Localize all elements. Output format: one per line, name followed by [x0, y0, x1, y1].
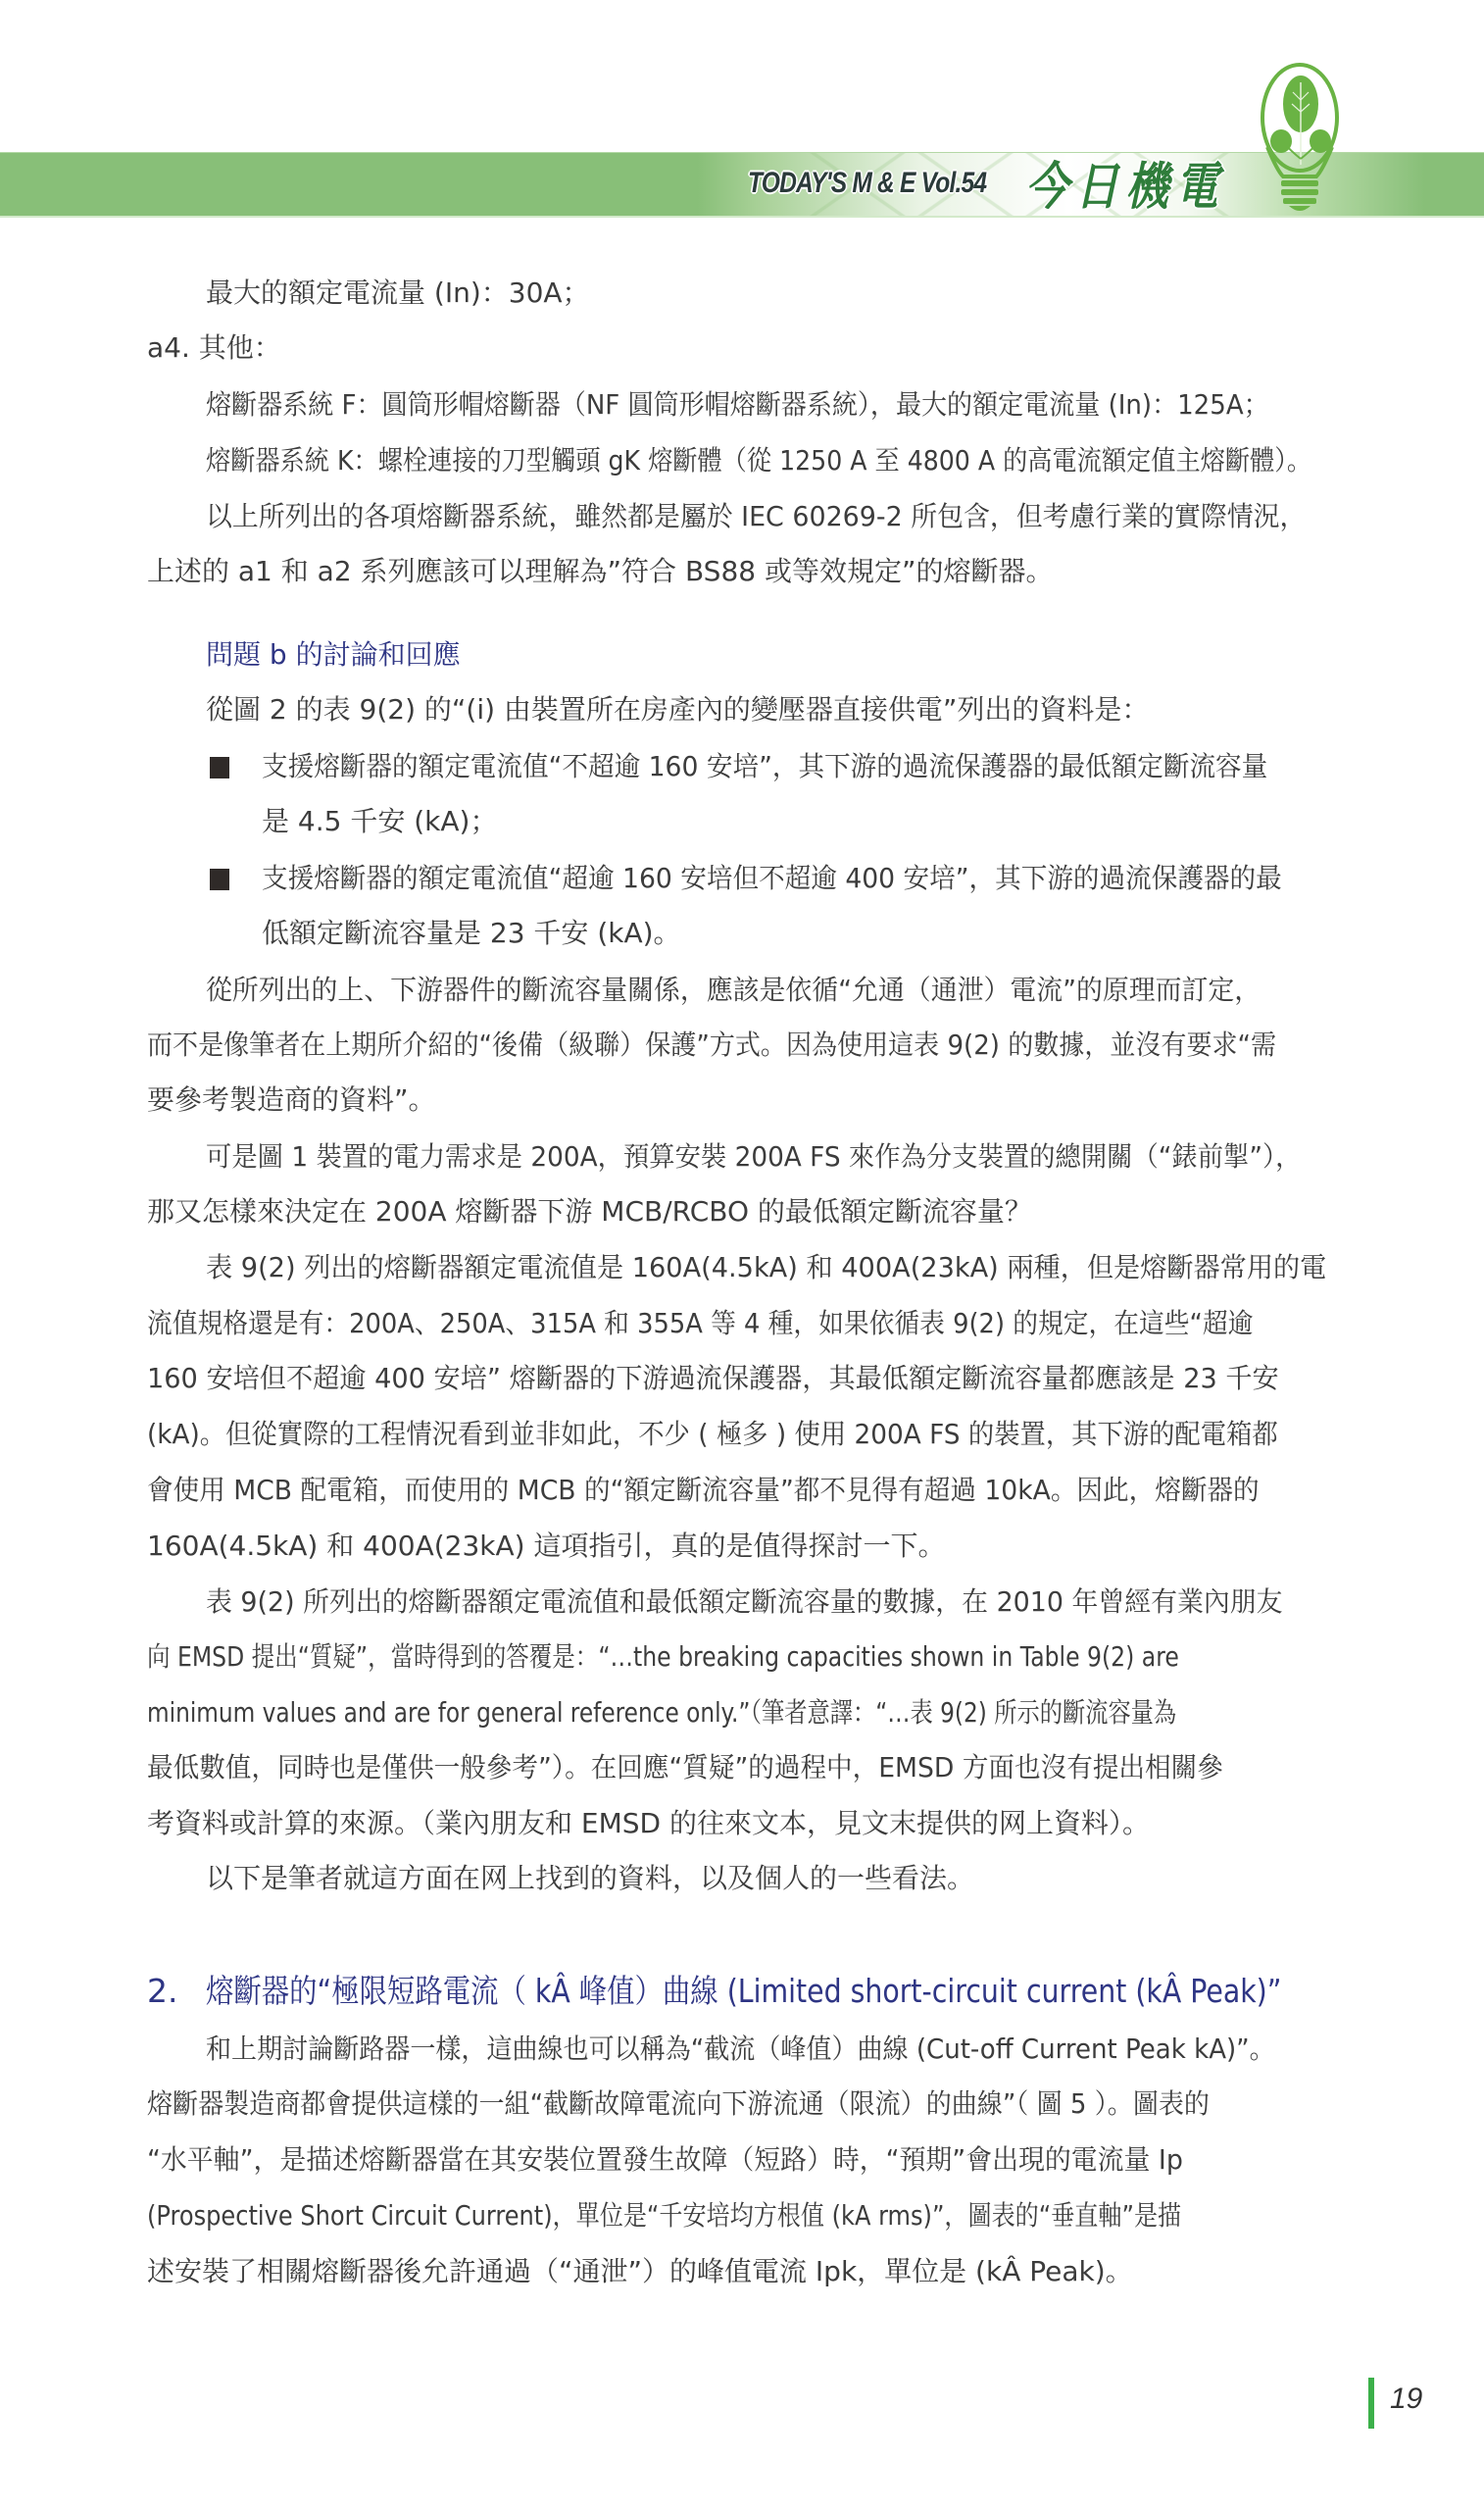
text-line: (kA)。但從實際的工程情況看到並非如此，不少 ( 極多 ) 使用 200A F…: [147, 1415, 1278, 1454]
text-line: 160A(4.5kA) 和 400A(23kA) 這項指引，真的是值得探討一下。: [147, 1527, 946, 1566]
page-number: 19: [1390, 2383, 1422, 2416]
text-line: minimum values and are for general refer…: [147, 1693, 1176, 1732]
text-line: 向 EMSD 提出“質疑”，當時得到的答覆是：“…the breaking ca…: [147, 1637, 1179, 1677]
text-line: 述安裝了相關熔斷器後允許通過（“通泄”）的峰值電流 Ipk，單位是 (kÂ Pe…: [147, 2252, 1133, 2291]
text-line: 從所列出的上、下游器件的斷流容量關係，應該是依循“允通（通泄）電流”的原理而訂定…: [206, 971, 1261, 1010]
text-line: 考資料或計算的來源。（業內朋友和 EMSD 的往來文本，見文末提供的网上資料）。: [147, 1804, 1150, 1843]
lightbulb-leaf-icon: [1258, 61, 1342, 216]
list-label-a4: a4. 其他：: [147, 328, 281, 368]
bullet-item-text: 支援熔斷器的額定電流值“不超逾 160 安培”，其下游的過流保護器的最低額定斷流…: [262, 747, 1267, 786]
page-number-bar: [1368, 2378, 1374, 2429]
text-line: 可是圖 1 裝置的電力需求是 200A，預算安裝 200A FS 來作為分支裝置…: [206, 1137, 1301, 1177]
bullet-item-text: 支援熔斷器的額定電流值“超逾 160 安培但不超逾 400 安培”，其下游的過流…: [262, 859, 1282, 898]
text-line: 表 9(2) 列出的熔斷器額定電流值是 160A(4.5kA) 和 400A(2…: [206, 1248, 1326, 1287]
bullet-item-text: 是 4.5 千安 (kA)；: [262, 802, 497, 841]
bullet-square-icon: [210, 757, 229, 778]
publication-title-en: TODAY'S M & E Vol.54: [748, 167, 986, 200]
text-line: 熔斷器製造商都會提供這樣的一組“截斷故障電流向下游流通（限流）的曲線”（ 圖 5…: [147, 2084, 1210, 2124]
text-line: 和上期討論斷路器一樣，這曲線也可以稱為“截流（峰值）曲線 (Cut-off Cu…: [206, 2030, 1275, 2069]
publication-title-zh: 今日機電: [1025, 145, 1225, 219]
text-line: 而不是像筆者在上期所介紹的“後備（級聯）保護”方式。因為使用這表 9(2) 的數…: [147, 1026, 1276, 1065]
text-line: 最低數值，同時也是僅供一般參考”）。在回應“質疑”的過程中，EMSD 方面也沒有…: [147, 1748, 1223, 1787]
text-line: 以下是筆者就這方面在网上找到的資料，以及個人的一些看法。: [206, 1859, 974, 1898]
text-line: 從圖 2 的表 9(2) 的“(i) 由裝置所在房產內的變壓器直接供電”列出的資…: [206, 690, 1149, 729]
section-heading-title: 熔斷器的“極限短路電流（ kÂ 峰值）曲線 (Limited short-cir…: [206, 1972, 1281, 2011]
text-line: 熔斷器系統 K：螺栓連接的刀型觸頭 gK 熔斷體（從 1250 A 至 4800…: [206, 441, 1311, 480]
text-line: 以上所列出的各項熔斷器系統，雖然都是屬於 IEC 60269-2 所包含，但考慮…: [206, 497, 1306, 536]
bullet-square-icon: [210, 869, 229, 890]
text-line: 流值規格還是有：200A、250A、315A 和 355A 等 4 種，如果依循…: [147, 1304, 1253, 1343]
text-line: 表 9(2) 所列出的熔斷器額定電流值和最低額定斷流容量的數據，在 2010 年…: [206, 1582, 1283, 1622]
text-line: 會使用 MCB 配電箱，而使用的 MCB 的“額定斷流容量”都不見得有超過 10…: [147, 1471, 1260, 1510]
subheading-question-b: 問題 b 的討論和回應: [206, 635, 461, 675]
text-line: (Prospective Short Circuit Current)，單位是“…: [147, 2196, 1181, 2235]
text-line: 160 安培但不超逾 400 安培” 熔斷器的下游過流保護器，其最低額定斷流容量…: [147, 1359, 1279, 1398]
section-heading-number: 2.: [147, 1972, 178, 2011]
text-line: 最大的額定電流量 (In)：30A；: [206, 274, 590, 313]
text-line: 上述的 a1 和 a2 系列應該可以理解為”符合 BS88 或等效規定”的熔斷器…: [147, 552, 1053, 591]
text-line: “水平軸”，是描述熔斷器當在其安裝位置發生故障（短路）時，“預期”會出現的電流量…: [147, 2140, 1183, 2180]
bullet-item-text: 低額定斷流容量是 23 千安 (kA)。: [262, 914, 681, 953]
text-line: 熔斷器系統 F：圓筒形帽熔斷器（NF 圓筒形帽熔斷器系統），最大的額定電流量 (…: [206, 385, 1269, 425]
text-line: 那又怎樣來決定在 200A 熔斷器下游 MCB/RCBO 的最低額定斷流容量？: [147, 1192, 1032, 1231]
text-line: 要參考製造商的資料”。: [147, 1080, 436, 1120]
